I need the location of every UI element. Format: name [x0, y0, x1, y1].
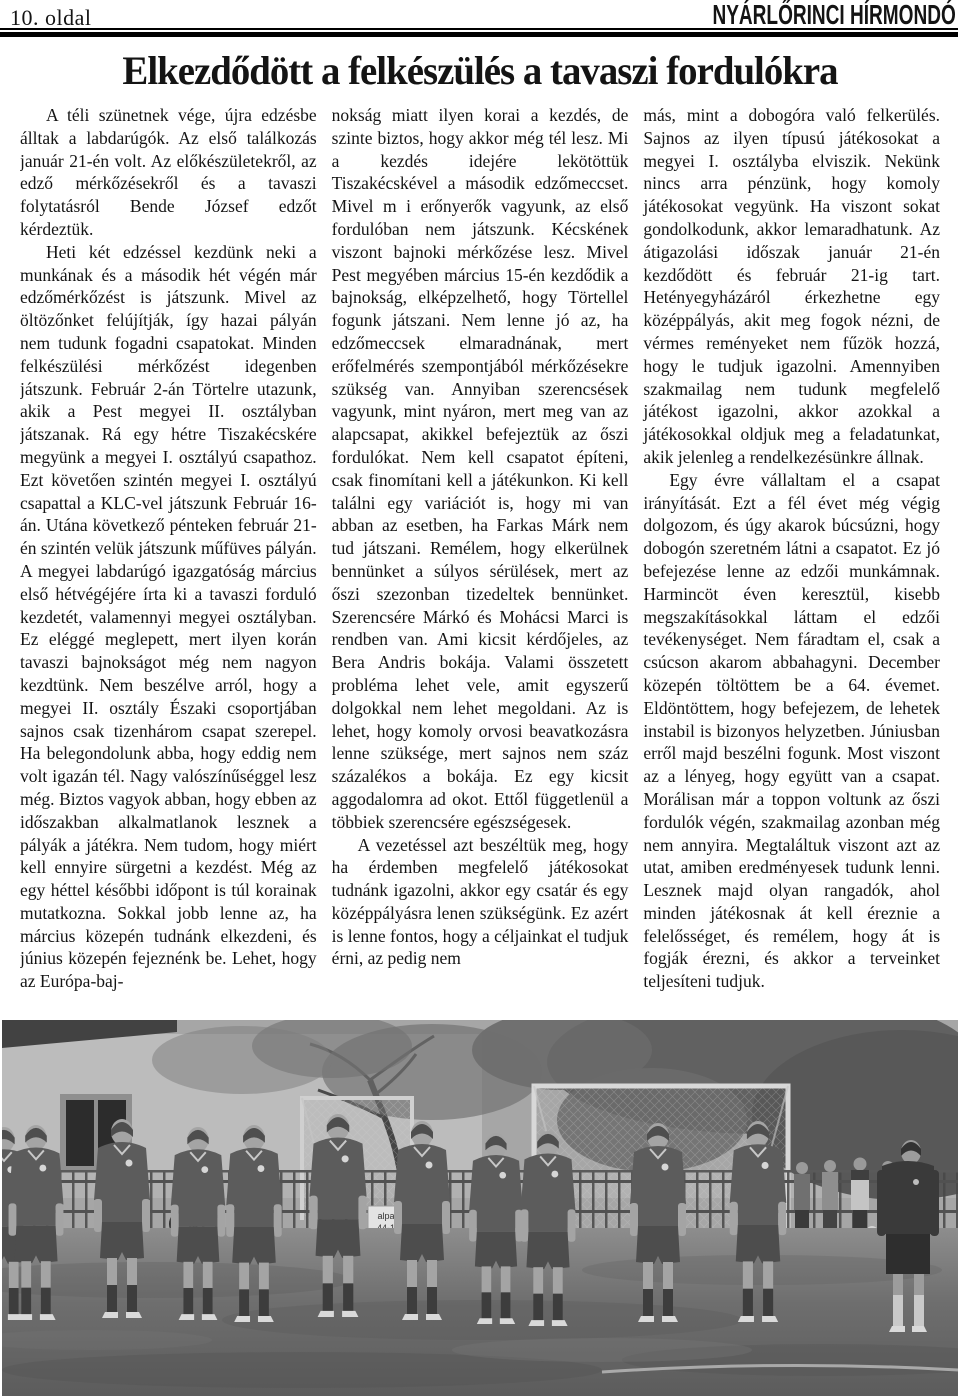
- paragraph: A téli szünetnek vége, újra edzésbe állt…: [20, 104, 317, 241]
- newspaper-page: 10. oldal NYÁRLŐRINCI HÍRMONDÓ Elkezdődö…: [0, 0, 960, 1398]
- article-body: A téli szünetnek vége, újra edzésbe állt…: [20, 104, 940, 1016]
- article-headline: Elkezdődött a felkészülés a tavaszi ford…: [14, 47, 945, 94]
- article-column-2: nokság miatt ilyen korai a kezdés, de sz…: [332, 104, 629, 1016]
- team-photo-graphic: alpa 44-1 76/: [2, 1020, 958, 1396]
- paragraph: más, mint a dobogóra való felkerülés. Sa…: [643, 104, 940, 469]
- header-rule-thin: [0, 28, 958, 30]
- svg-text:alpa: alpa: [377, 1211, 394, 1221]
- paragraph: Egy évre vállaltam el a csapat irányítás…: [643, 469, 940, 993]
- masthead-title: NYÁRLŐRINCI HÍRMONDÓ: [713, 1, 956, 29]
- article-column-1: A téli szünetnek vége, újra edzésbe állt…: [20, 104, 317, 1016]
- paragraph: nokság miatt ilyen korai a kezdés, de sz…: [332, 104, 629, 834]
- article-column-3: más, mint a dobogóra való felkerülés. Sa…: [643, 104, 940, 1016]
- team-photo: alpa 44-1 76/: [2, 1020, 958, 1396]
- header-rule-thick: [0, 32, 958, 37]
- paragraph: A vezetéssel azt beszéltük meg, hogy ha …: [332, 834, 629, 971]
- paragraph: Heti két edzéssel kezdünk neki a munkána…: [20, 241, 317, 993]
